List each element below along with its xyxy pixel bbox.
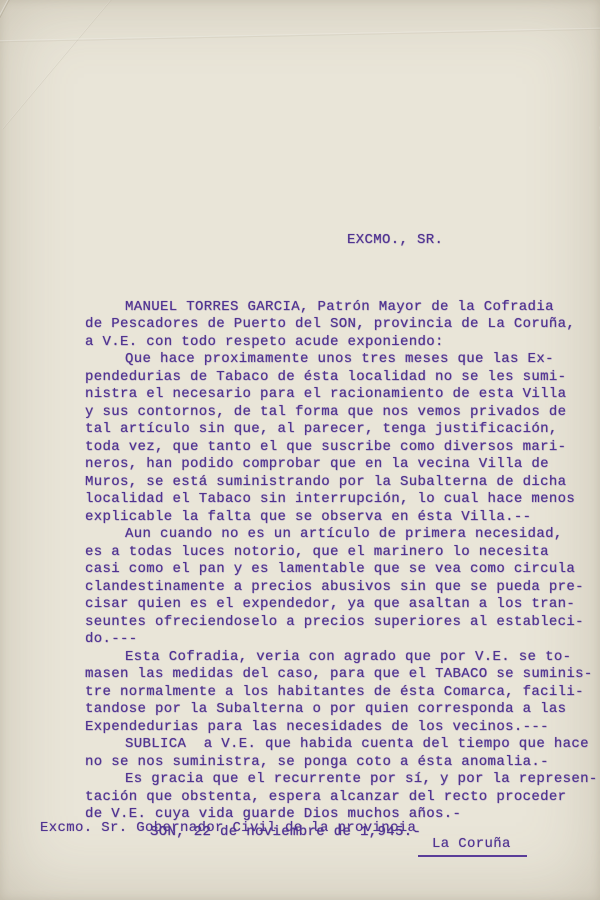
typed-line: Muros, se está suministrando por la Suba… — [85, 474, 585, 492]
paragraph: Esta Cofradia, veria con agrado que por … — [85, 649, 585, 737]
footer-city: La Coruña — [418, 836, 527, 857]
paper-crease — [2, 0, 118, 129]
typed-line: Aun cuando no es un artículo de primera … — [85, 526, 585, 544]
paragraph: Es gracia que el recurrente por sí, y po… — [85, 771, 585, 824]
typed-line: seuntes ofreciendoselo a precios superio… — [85, 614, 585, 632]
typed-line: tación que obstenta, espera alcanzar del… — [85, 789, 585, 807]
typed-line: casi como el pan y es lamentable que se … — [85, 561, 585, 579]
typed-line: es a todas luces notorio, que el mariner… — [85, 544, 585, 562]
paragraph: SUBLICA a V.E. que habida cuenta del tie… — [85, 736, 585, 771]
typed-line: Es gracia que el recurrente por sí, y po… — [85, 771, 585, 789]
typed-line: toda vez, que tanto el que suscribe como… — [85, 439, 585, 457]
typed-line: no se nos suministra, se ponga coto a és… — [85, 754, 585, 772]
typed-line: localidad el Tabaco sin interrupción, lo… — [85, 491, 585, 509]
typed-line: a V.E. con todo respeto acude exponiendo… — [85, 334, 585, 352]
typed-line: de Pescadores de Puerto del SON, provinc… — [85, 316, 585, 334]
paragraph: Aun cuando no es un artículo de primera … — [85, 526, 585, 649]
typed-line: Que hace proximamente unos tres meses qu… — [85, 351, 585, 369]
letter-paragraphs: MANUEL TORRES GARCIA, Patrón Mayor de la… — [85, 299, 585, 842]
paper-crease — [0, 28, 600, 43]
typed-line: neros, han podido comprobar que en la ve… — [85, 456, 585, 474]
typed-line: SUBLICA a V.E. que habida cuenta del tie… — [85, 736, 585, 754]
letter-body: EXCMO., SR. MANUEL TORRES GARCIA, Patrón… — [85, 197, 585, 876]
paragraph: Que hace proximamente unos tres meses qu… — [85, 351, 585, 526]
typed-line: Expendedurias para las necesidades de lo… — [85, 719, 585, 737]
document-page: EXCMO., SR. MANUEL TORRES GARCIA, Patrón… — [0, 0, 600, 900]
paragraph: MANUEL TORRES GARCIA, Patrón Mayor de la… — [85, 299, 585, 352]
typed-line: tre normalmente a los habitantes de ésta… — [85, 684, 585, 702]
typed-line: pendedurias de Tabaco de ésta localidad … — [85, 369, 585, 387]
typed-line: cisar quien es el expendedor, ya que asa… — [85, 596, 585, 614]
typed-line: masen las medidas del caso, para que el … — [85, 666, 585, 684]
footer-addressee: Excmo. Sr. Gobernador Civil de la provin… — [40, 820, 416, 836]
typed-line: explicable la falta que se observa en és… — [85, 509, 585, 527]
typed-line: y sus contornos, de tal forma que nos ve… — [85, 404, 585, 422]
typed-line: tandose por la Subalterna o por quien co… — [85, 701, 585, 719]
letter-heading: EXCMO., SR. — [85, 232, 585, 250]
typed-line: Esta Cofradia, veria con agrado que por … — [85, 649, 585, 667]
typed-line: tal artículo sin que, al parecer, tenga … — [85, 421, 585, 439]
typed-line: do.--- — [85, 631, 585, 649]
paper-crease — [0, 0, 20, 246]
typed-line: MANUEL TORRES GARCIA, Patrón Mayor de la… — [85, 299, 585, 317]
typed-line: clandestinamente a precios abusivos sin … — [85, 579, 585, 597]
typed-line: nistra el necesario para el racionamient… — [85, 386, 585, 404]
